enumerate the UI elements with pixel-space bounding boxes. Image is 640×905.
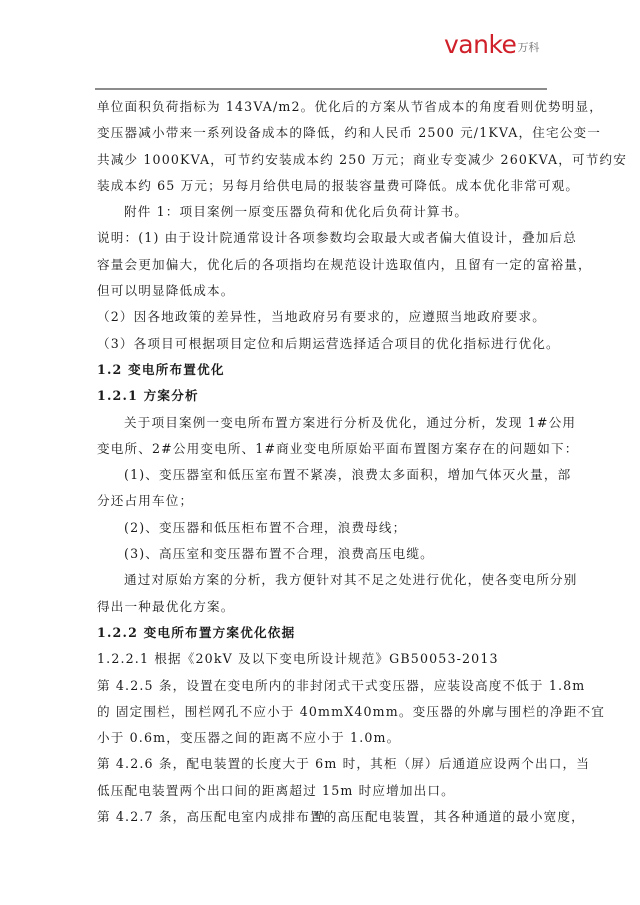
logo-wordmark: vanke (444, 32, 516, 58)
paragraph-line: 变电所、2#公用变电所、1#商业变电所原始平面布置图方案存在的问题如下： (97, 436, 547, 462)
paragraph-line: (3)、高压室和变压器布置不合理，浪费高压电缆。 (97, 541, 547, 567)
paragraph-line: 装成本约 65 万元；另每月给供电局的报装容量费可降低。成本优化非常可观。 (97, 173, 547, 199)
paragraph-line: 说明：(1) 由于设计院通常设计各项参数均会取最大或者偏大值设计，叠加后总 (97, 225, 547, 251)
header-divider (95, 88, 547, 90)
paragraph-line: 小于 0.6m，变压器之间的距离不应小于 1.0m。 (97, 725, 547, 751)
paragraph-line: 通过对原始方案的分析，我方便针对其不足之处进行优化，使各变电所分别 (97, 567, 547, 593)
section-heading: 1.2.2 变电所布置方案优化依据 (97, 620, 547, 646)
vanke-logo: vanke 万科 (444, 28, 539, 58)
document-page: vanke 万科 单位面积负荷指标为 143VA/m2。优化后的方案从节省成本的… (0, 0, 640, 905)
paragraph-line: 变压器减小带来一系列设备成本的降低，约和人民币 2500 元/1KVA，住宅公变… (97, 120, 547, 146)
page-number: 11 (0, 812, 640, 822)
paragraph-line: 单位面积负荷指标为 143VA/m2。优化后的方案从节省成本的角度看则优势明显， (97, 94, 547, 120)
paragraph-line: （2）因各地政策的差异性，当地政府另有要求的，应遵照当地政府要求。 (97, 304, 547, 330)
paragraph-line: 1.2.2.1 根据《20kV 及以下变电所设计规范》GB50053-2013 (97, 646, 547, 672)
paragraph-line: 附件 1：项目案例一原变压器负荷和优化后负荷计算书。 (97, 199, 547, 225)
paragraph-line: 第 4.2.5 条，设置在变电所内的非封闭式干式变压器，应装设高度不低于 1.8… (97, 673, 547, 699)
paragraph-line: 容量会更加偏大，优化后的各项指均在规范设计选取值内，且留有一定的富裕量， (97, 252, 547, 278)
paragraph-line: 关于项目案例一变电所布置方案进行分析及优化，通过分析，发现 1#公用 (97, 410, 547, 436)
paragraph-line: 但可以明显降低成本。 (97, 278, 547, 304)
paragraph-line: 分还占用车位； (97, 488, 547, 514)
paragraph-line: 的 固定围栏，围栏网孔不应小于 40mmX40mm。变压器的外廓与围栏的净距不宜 (97, 699, 547, 725)
section-heading: 1.2 变电所布置优化 (97, 357, 547, 383)
paragraph-line: 第 4.2.6 条，配电装置的长度大于 6m 时，其柜（屏）后通道应设两个出口，… (97, 751, 547, 777)
paragraph-line: 低压配电装置两个出口间的距离超过 15m 时应增加出口。 (97, 778, 547, 804)
paragraph-line: (2)、变压器和低压柜布置不合理，浪费母线； (97, 515, 547, 541)
paragraph-line: (1)、变压器室和低压室布置不紧凑，浪费太多面积，增加气体灭火量，部 (97, 462, 547, 488)
document-body: 单位面积负荷指标为 143VA/m2。优化后的方案从节省成本的角度看则优势明显，… (97, 94, 547, 830)
logo-chinese-name: 万科 (517, 41, 539, 55)
paragraph-line: （3）各项目可根据项目定位和后期运营选择适合项目的优化指标进行优化。 (97, 331, 547, 357)
paragraph-line: 得出一种最优化方案。 (97, 594, 547, 620)
paragraph-line: 共减少 1000KVA，可节约安装成本约 250 万元；商业专变减少 260KV… (97, 147, 547, 173)
section-heading: 1.2.1 方案分析 (97, 383, 547, 409)
